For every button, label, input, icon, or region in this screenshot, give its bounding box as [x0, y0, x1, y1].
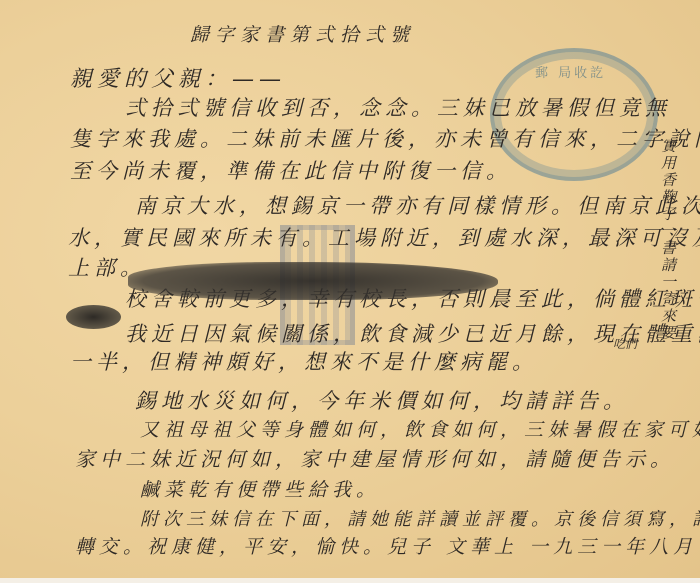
body-line: 水，實民國來所未有。工場附近，到處水深，最深可沒及大腿 [68, 222, 700, 252]
body-line: 一半，但精神頗好，想來不是什麼病罷。 [70, 346, 538, 376]
ink-redaction [128, 262, 498, 300]
margin-note: 實用香鞠子一書請一寄來要 [655, 138, 677, 342]
body-line: 至今尚未覆，準備在此信中附復一信。 [70, 155, 512, 185]
letter-title: 歸字家書第弍拾弍號 [190, 20, 415, 47]
body-line: 隻字來我處。二妹前未匯片後，亦未曾有信來，二字說向未復，但我 [70, 123, 700, 153]
body-line: 錫地水災如何，今年米價如何，均請詳告。 [135, 385, 629, 415]
scan-edge [0, 578, 700, 583]
stamp-text: 郵 局收訖 [535, 62, 606, 81]
salutation: 親愛的父親：—— [70, 62, 286, 93]
letter-paper: 郵 局收訖 歸字家書第弍拾弍號 親愛的父親：—— 弍拾弍號信收到否，念念。三妹已… [0, 0, 700, 583]
body-line: 南京大水，想錫京一帶亦有同樣情形。但南京此次 [135, 190, 700, 220]
body-line: 鹹菜乾有便帶些給我。 [140, 475, 380, 502]
ink-redaction-small [66, 305, 121, 329]
body-line: 附次三妹信在下面，請她能詳讀並評覆。京後信須寫，請 [140, 505, 700, 531]
closing-signature-line: 轉交。祝康健，平安，愉快。兒子 文華上 一九三一年八月一日 [75, 532, 700, 559]
body-line: 弍拾弍號信收到否，念念。三妹已放暑假但竟無 [125, 92, 671, 122]
insert-note: 吃們 [613, 335, 637, 352]
body-line: 家中二妹近況何如，家中建屋情形何如，請隨便告示。 [75, 443, 675, 472]
body-line: 又祖母祖父等身體如何，飲食如何，三妹暑假在家可好， [140, 415, 700, 442]
